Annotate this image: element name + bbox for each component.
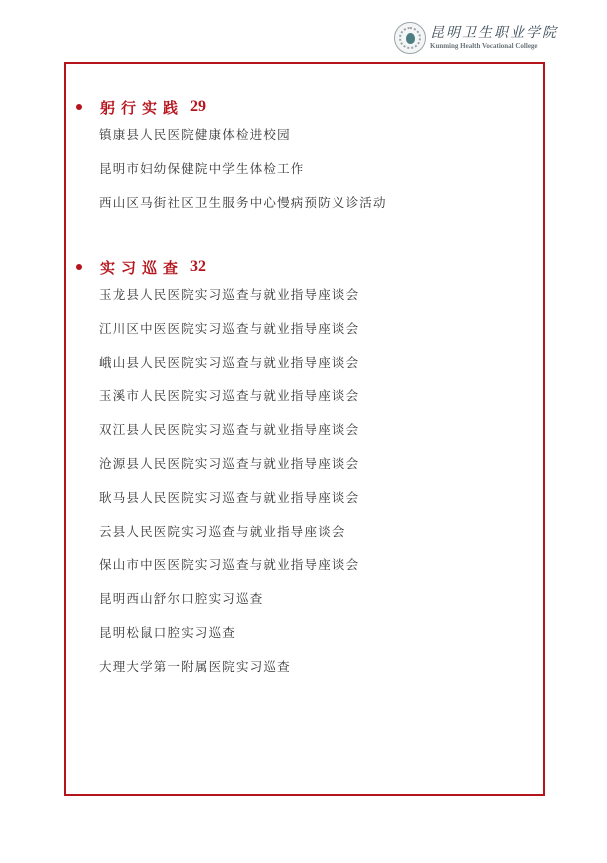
list-item: 镇康县人民医院健康体检进校园 [99,118,387,152]
section-practice: 躬行实践 29 镇康县人民医院健康体检进校园 昆明市妇幼保健院中学生体检工作 西… [66,96,387,219]
list-item: 江川区中医医院实习巡查与就业指导座谈会 [99,312,359,346]
bullet-icon [76,264,82,270]
list-item: 西山区马街社区卫生服务中心慢病预防义诊活动 [99,186,387,220]
list-item: 沧源县人民医院实习巡查与就业指导座谈会 [99,447,359,481]
list-item: 昆明市妇幼保健院中学生体检工作 [99,152,387,186]
list-item: 保山市中医医院实习巡查与就业指导座谈会 [99,548,359,582]
logo-name-en: Kunming Health Vocational College [430,43,558,50]
list-item: 大理大学第一附属医院实习巡查 [99,650,359,684]
section-title: 实习巡查 [100,257,184,278]
section-internship-inspection: 实习巡查 32 玉龙县人民医院实习巡查与就业指导座谈会 江川区中医医院实习巡查与… [66,256,359,684]
section-count: 32 [190,258,206,276]
list-item: 耿马县人民医院实习巡查与就业指导座谈会 [99,481,359,515]
college-emblem-icon [394,22,426,54]
list-item: 玉龙县人民医院实习巡查与就业指导座谈会 [99,278,359,312]
list-item: 昆明西山舒尔口腔实习巡查 [99,582,359,616]
section-header: 躬行实践 29 [66,96,387,118]
activity-list: 玉龙县人民医院实习巡查与就业指导座谈会 江川区中医医院实习巡查与就业指导座谈会 … [99,278,359,684]
list-item: 峨山县人民医院实习巡查与就业指导座谈会 [99,346,359,380]
logo-name-cn: 昆明卫生职业学院 [430,26,558,40]
section-title: 躬行实践 [100,97,184,118]
bullet-icon [76,104,82,110]
list-item: 双江县人民医院实习巡查与就业指导座谈会 [99,413,359,447]
section-header: 实习巡查 32 [66,256,359,278]
list-item: 昆明松鼠口腔实习巡查 [99,616,359,650]
list-item: 云县人民医院实习巡查与就业指导座谈会 [99,515,359,549]
section-count: 29 [190,98,206,116]
logo-text: 昆明卫生职业学院 Kunming Health Vocational Colle… [430,26,558,50]
activity-list: 镇康县人民医院健康体检进校园 昆明市妇幼保健院中学生体检工作 西山区马街社区卫生… [99,118,387,219]
content-frame: 躬行实践 29 镇康县人民医院健康体检进校园 昆明市妇幼保健院中学生体检工作 西… [64,62,545,796]
list-item: 玉溪市人民医院实习巡查与就业指导座谈会 [99,379,359,413]
college-logo: 昆明卫生职业学院 Kunming Health Vocational Colle… [394,21,558,55]
